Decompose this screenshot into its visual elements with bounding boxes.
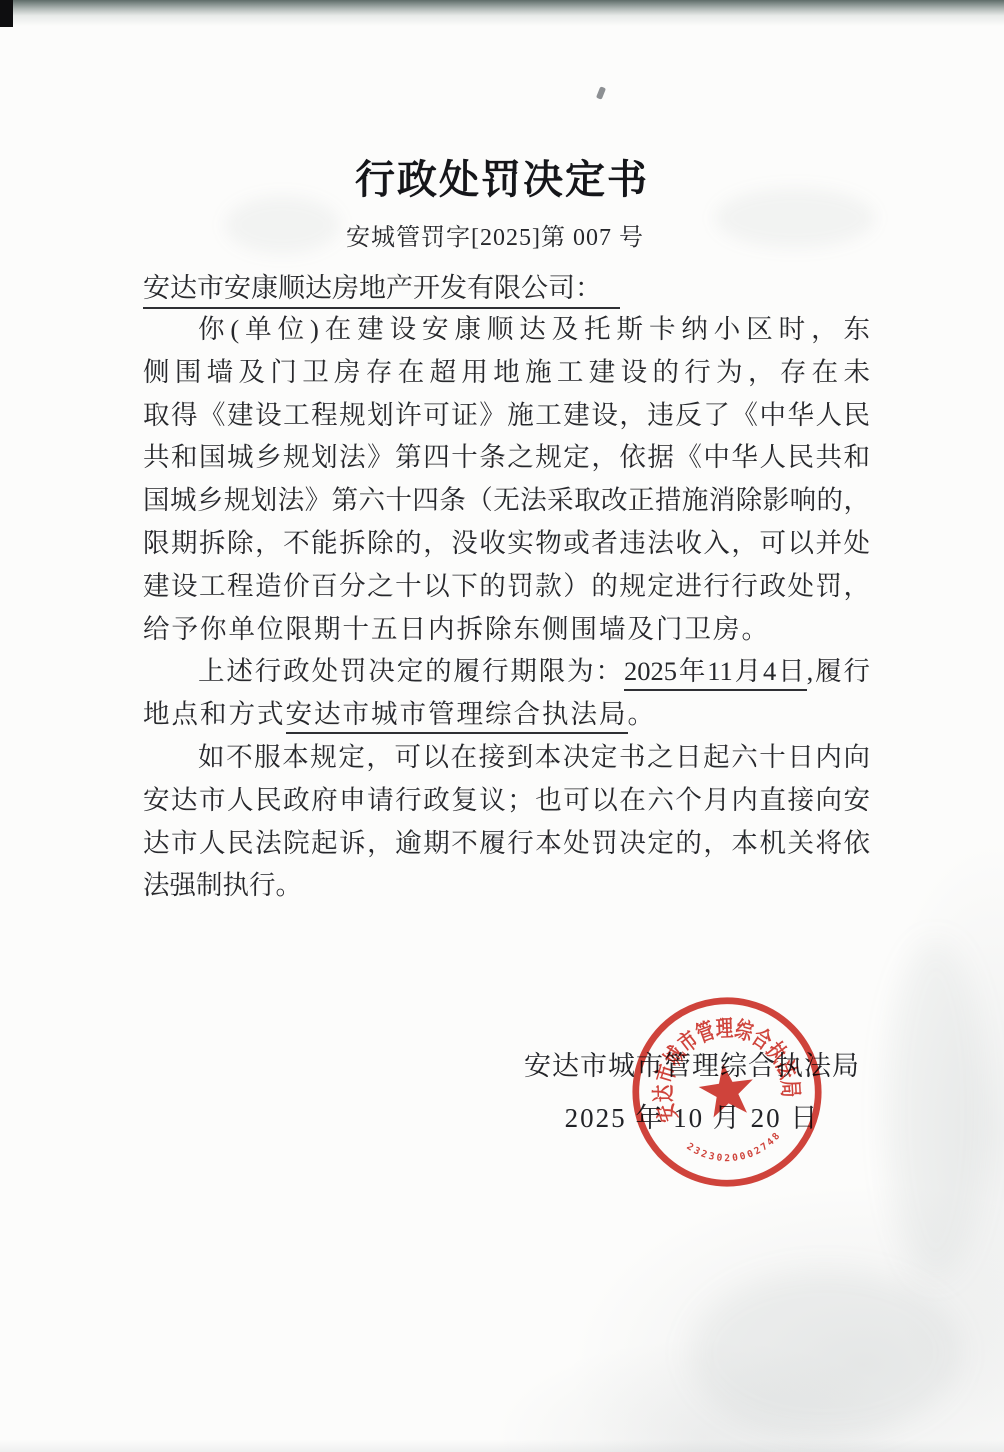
text-segment: 达市人民法院起诉，逾期不履行本处罚决定的，本机关将依 xyxy=(143,828,870,858)
svg-text:2323020002748: 2323020002748 xyxy=(683,1128,786,1170)
paper-smudge xyxy=(886,940,986,1280)
text-segment: 如不服本规定，可以在接到本决定书之日起六十日内向 xyxy=(198,742,870,772)
text-segment: 侧围墙及门卫房存在超用地施工建设的行为，存在未 xyxy=(143,357,870,387)
text-segment: 共和国城乡规划法》第四十条之规定，依据《中华人民共和 xyxy=(143,442,870,472)
body-line: 侧围墙及门卫房存在超用地施工建设的行为，存在未 xyxy=(143,351,870,394)
text-segment: 建设工程造价百分之十以下的罚款）的规定进行行政处罚， xyxy=(143,571,870,601)
body-line: 达市人民法院起诉，逾期不履行本处罚决定的，本机关将依 xyxy=(143,822,870,865)
body-line: 取得《建设工程规划许可证》施工建设，违反了《中华人民 xyxy=(143,394,870,437)
text-segment: 安达市人民政府申请行政复议；也可以在六个月内直接向安 xyxy=(143,785,870,815)
document-page: 行政处罚决定书 安城管罚字[2025]第 007 号 安达市安康顺达房地产开发有… xyxy=(0,0,1004,1452)
official-seal: 安达市城市管理综合执法局 2323020002748 xyxy=(619,984,836,1201)
body-text: 你(单位)在建设安康顺达及托斯卡纳小区时，东侧围墙及门卫房存在超用地施工建设的行… xyxy=(143,308,870,907)
body-line: 你(单位)在建设安康顺达及托斯卡纳小区时，东 xyxy=(143,308,870,351)
body-line: 如不服本规定，可以在接到本决定书之日起六十日内向 xyxy=(143,736,870,779)
addressee-line: 安达市安康顺达房地产开发有限公司： xyxy=(143,266,620,305)
scan-edge-shadow xyxy=(0,0,1004,26)
body-line: 法强制执行。 xyxy=(143,864,870,907)
text-segment: 取得《建设工程规划许可证》施工建设，违反了《中华人民 xyxy=(143,400,870,430)
body-line: 建设工程造价百分之十以下的罚款）的规定进行行政处罚， xyxy=(143,565,870,608)
scan-corner-artifact xyxy=(0,0,13,27)
seal-code-text: 2323020002748 xyxy=(683,1128,786,1170)
text-segment: ,履行 xyxy=(807,656,870,686)
scan-bottom-shadow xyxy=(0,1440,1004,1452)
body-line: 给予你单位限期十五日内拆除东侧围墙及门卫房。 xyxy=(143,608,870,651)
text-segment: 给予你单位限期十五日内拆除东侧围墙及门卫房。 xyxy=(143,614,770,644)
text-segment: 你(单位)在建设安康顺达及托斯卡纳小区时，东 xyxy=(198,314,870,344)
text-segment: 国城乡规划法》第六十四条（无法采取改正措施消除影响的， xyxy=(143,485,870,515)
text-segment: 上述行政处罚决定的履行期限为： xyxy=(198,656,624,686)
underlined-value: 2025年11月4日 xyxy=(624,656,807,691)
body-line: 共和国城乡规划法》第四十条之规定，依据《中华人民共和 xyxy=(143,436,870,479)
body-line: 地点和方式安达市城市管理综合执法局。 xyxy=(143,693,870,736)
body-line: 安达市人民政府申请行政复议；也可以在六个月内直接向安 xyxy=(143,779,870,822)
body-line: 限期拆除，不能拆除的，没收实物或者违法收入，可以并处 xyxy=(143,522,870,565)
text-segment: 。 xyxy=(628,699,657,729)
seal-star-icon xyxy=(696,1060,757,1119)
body-line: 国城乡规划法》第六十四条（无法采取改正措施消除影响的， xyxy=(143,479,870,522)
body-line: 上述行政处罚决定的履行期限为：2025年11月4日,履行 xyxy=(143,650,870,693)
text-segment: 限期拆除，不能拆除的，没收实物或者违法收入，可以并处 xyxy=(143,528,870,558)
document-number: 安城管罚字[2025]第 007 号 xyxy=(0,217,990,252)
paper-smudge xyxy=(690,1270,960,1435)
paper-speck xyxy=(596,86,606,99)
text-segment: 法强制执行。 xyxy=(143,870,302,900)
addressee-text: 安达市安康顺达房地产开发有限公司： xyxy=(143,273,620,309)
document-title: 行政处罚决定书 xyxy=(0,148,1004,205)
underlined-value: 安达市城市管理综合执法局 xyxy=(286,699,628,734)
text-segment: 地点和方式 xyxy=(143,699,286,729)
